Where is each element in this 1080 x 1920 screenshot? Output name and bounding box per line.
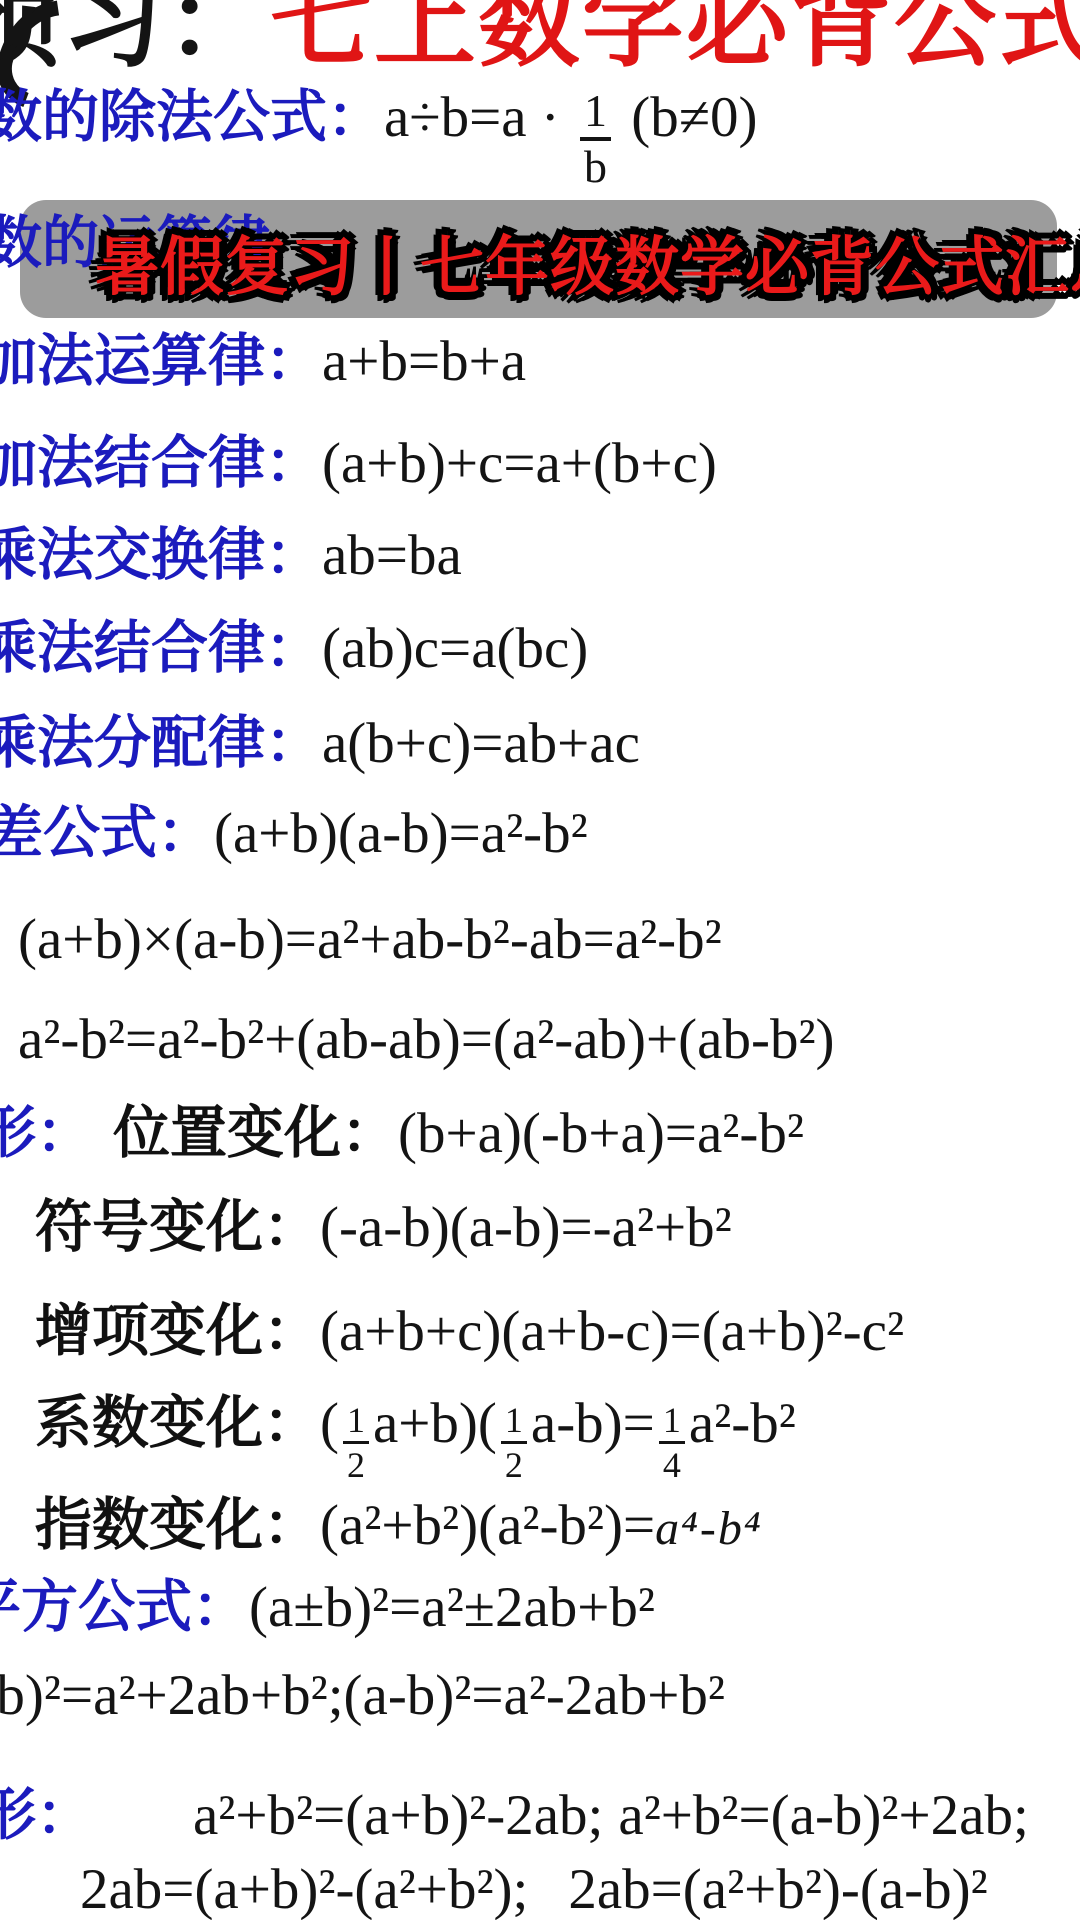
sub-label: 增项变化： <box>35 1300 320 1364</box>
spacer <box>93 1102 113 1103</box>
row-label: 乘法交换律： <box>0 524 322 588</box>
formula-text: (a+b)×(a-b)=a²+ab-b²-ab=a²-b² <box>18 908 722 972</box>
row-label: 变形： <box>0 1102 93 1166</box>
formula-text: 2ab=(a+b)²-(a²+b²); <box>80 1858 528 1920</box>
spacer <box>528 1858 568 1859</box>
formula-text: (a+b)²=a²+2ab+b²;(a-b)²=a²-2ab+b² <box>0 1664 725 1728</box>
formula-text: ab=ba <box>322 524 462 588</box>
formula-text: a-b)= <box>531 1392 655 1456</box>
formula-text: 2ab=(a²+b²)-(a-b)² <box>568 1858 987 1920</box>
formula-text: a²-b² <box>689 1392 796 1456</box>
formula-row: 乘法交换律：ab=ba <box>0 524 462 588</box>
fraction-numerator: 1 <box>659 1402 685 1441</box>
formula-row: 加法运算律：a+b=b+a <box>0 330 526 394</box>
screenshot-root: 预习：七上数学必背公式大 暑假复习丨七年级数学必背公式汇总 数的除法公式：a÷b… <box>0 0 1080 1920</box>
row-label: 乘法结合律： <box>0 617 322 681</box>
formula-text: a(b+c)=ab+ac <box>322 712 640 776</box>
formula-text: a²-b²=a²-b²+(ab-ab)=(a²-ab)+(ab-b²) <box>18 1008 835 1072</box>
formula-row: 符号变化：(-a-b)(a-b)=-a²+b² <box>35 1196 732 1260</box>
row-label: 变形： <box>0 1784 93 1848</box>
formula-row: 指数变化：(a²+b²)(a²-b²)=a⁴-b⁴ <box>35 1494 763 1558</box>
formula-text: (a+b+c)(a+b-c)=(a+b)²-c² <box>320 1300 904 1364</box>
fraction-denominator: 4 <box>659 1441 685 1483</box>
formula-row: 数的除法公式：a÷b=a · 1b (b≠0) <box>0 86 758 188</box>
formula-text: (a²+b²)(a²-b²)= <box>320 1494 655 1558</box>
formula-text: a²+b²=(a-b)²+2ab; <box>618 1784 1028 1848</box>
sub-label: 符号变化： <box>35 1196 320 1260</box>
formula-row: (a+b)×(a-b)=a²+ab-b²-ab=a²-b² <box>18 908 722 972</box>
formula-text: (b+a)(-b+a)=a²-b² <box>398 1102 804 1166</box>
banner-title: 暑假复习丨七年级数学必背公式汇总 <box>95 216 1080 308</box>
formula-text: (a±b)²=a²±2ab+b² <box>249 1576 655 1640</box>
formula-row: 乘法分配律：a(b+c)=ab+ac <box>0 712 640 776</box>
sub-label: 位置变化： <box>113 1102 398 1166</box>
page-title: 预习：七上数学必背公式大 <box>0 0 1080 78</box>
formula-text: a+b=b+a <box>322 330 526 394</box>
fraction: 14 <box>659 1402 685 1483</box>
row-label: 完全平方公式： <box>0 1576 249 1640</box>
fraction-denominator: 2 <box>501 1441 527 1483</box>
formula-text: (a+b)(a-b)=a²-b² <box>214 802 588 866</box>
fraction-denominator: b <box>580 137 611 190</box>
fraction-numerator: 1 <box>501 1402 527 1441</box>
formula-row: a²-b²=a²-b²+(ab-ab)=(a²-ab)+(ab-b²) <box>18 1008 835 1072</box>
formula-row: 加法结合律：(a+b)+c=a+(b+c) <box>0 432 717 496</box>
fraction: 12 <box>501 1402 527 1483</box>
formula-row: 系数变化：(12a+b)(12a-b)=14a²-b² <box>35 1392 796 1473</box>
row-label: 加法运算律： <box>0 330 322 394</box>
formula-text: ( <box>320 1392 339 1456</box>
formula-row: 变形：a²+b²=(a+b)²-2ab;a²+b²=(a-b)²+2ab; <box>0 1784 1029 1848</box>
row-label: 平方差公式： <box>0 802 214 866</box>
sub-label: 指数变化： <box>35 1494 320 1558</box>
formula-row: 平方差公式：(a+b)(a-b)=a²-b² <box>0 802 588 866</box>
row-label: 乘法分配律： <box>0 712 322 776</box>
row-label: 加法结合律： <box>0 432 322 496</box>
formula-row: (a+b)²=a²+2ab+b²;(a-b)²=a²-2ab+b² <box>0 1664 725 1728</box>
page-title-red: 七上数学必背公式大 <box>270 0 1080 79</box>
fraction-numerator: 1 <box>580 88 611 137</box>
fraction-numerator: 1 <box>343 1402 369 1441</box>
row-label: 数的除法公式： <box>0 86 384 150</box>
fraction: 1b <box>580 88 611 190</box>
formula-text: a²+b²=(a+b)²-2ab; <box>193 1784 603 1848</box>
formula-text: (-a-b)(a-b)=-a²+b² <box>320 1196 732 1260</box>
formula-row: 2ab=(a+b)²-(a²+b²);2ab=(a²+b²)-(a-b)² <box>80 1858 988 1920</box>
formula-row: 增项变化：(a+b+c)(a+b-c)=(a+b)²-c² <box>35 1300 904 1364</box>
page-title-black: 预习： <box>0 0 270 79</box>
formula-row: 完全平方公式：(a±b)²=a²±2ab+b² <box>0 1576 655 1640</box>
formula-row: 变形：位置变化：(b+a)(-b+a)=a²-b² <box>0 1102 804 1166</box>
formula-text: (a+b)+c=a+(b+c) <box>322 432 717 496</box>
formula-text: (ab)c=a(bc) <box>322 617 588 681</box>
formula-row: 乘法结合律：(ab)c=a(bc) <box>0 617 588 681</box>
formula-text: a÷b=a · <box>384 86 574 150</box>
formula-text: a⁴-b⁴ <box>655 1502 762 1556</box>
formula-text: (b≠0) <box>617 86 758 150</box>
sub-label: 系数变化： <box>35 1392 320 1456</box>
spacer <box>603 1784 618 1785</box>
fraction: 12 <box>343 1402 369 1483</box>
fraction-denominator: 2 <box>343 1441 369 1483</box>
formula-text: a+b)( <box>373 1392 497 1456</box>
spacer <box>93 1784 193 1785</box>
